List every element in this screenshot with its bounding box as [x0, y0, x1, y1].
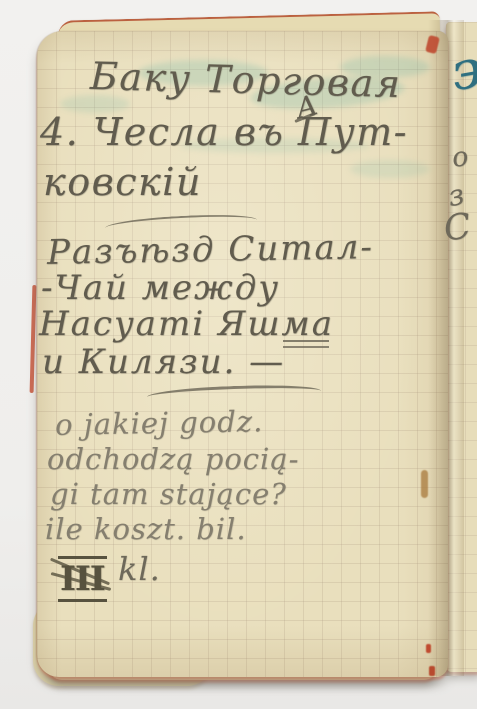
note-line-station-2: -Чай между	[41, 268, 280, 308]
note-line-question-3: gi tam stające?	[50, 477, 287, 511]
right-page-ink-fragment: Э	[449, 50, 477, 100]
note-line-station-1: Разъѣзд Ситал-	[47, 227, 374, 273]
note-line-station-4: и Килязи. —	[42, 342, 285, 382]
notebook-scan: Баку Торговая 4. Чесла въ Пут- А ковскій…	[0, 0, 477, 709]
underline-stroke	[147, 383, 321, 400]
note-line-question-4: ile koszt. bil.	[45, 512, 247, 546]
note-line-destination-2: 4. Чесла въ Пут-	[40, 110, 408, 154]
double-underline-stroke	[283, 340, 329, 348]
handwriting-layer: Баку Торговая 4. Чесла въ Пут- А ковскій…	[0, 0, 477, 709]
right-page-pencil-fragment: С	[441, 206, 473, 249]
note-line-destination-1: Баку Торговая	[89, 54, 402, 106]
note-line-question-2: odchodzą pocią-	[47, 442, 299, 476]
note-line-station-3: Насуаті Яшма	[39, 304, 334, 344]
right-page-pencil-fragment: о	[450, 141, 470, 174]
note-line-question-1: o jakiej godz.	[55, 404, 264, 442]
note-line-destination-3: ковскій	[43, 160, 202, 204]
underline-stroke	[105, 212, 257, 229]
note-line-question-5: kl.	[118, 550, 161, 588]
